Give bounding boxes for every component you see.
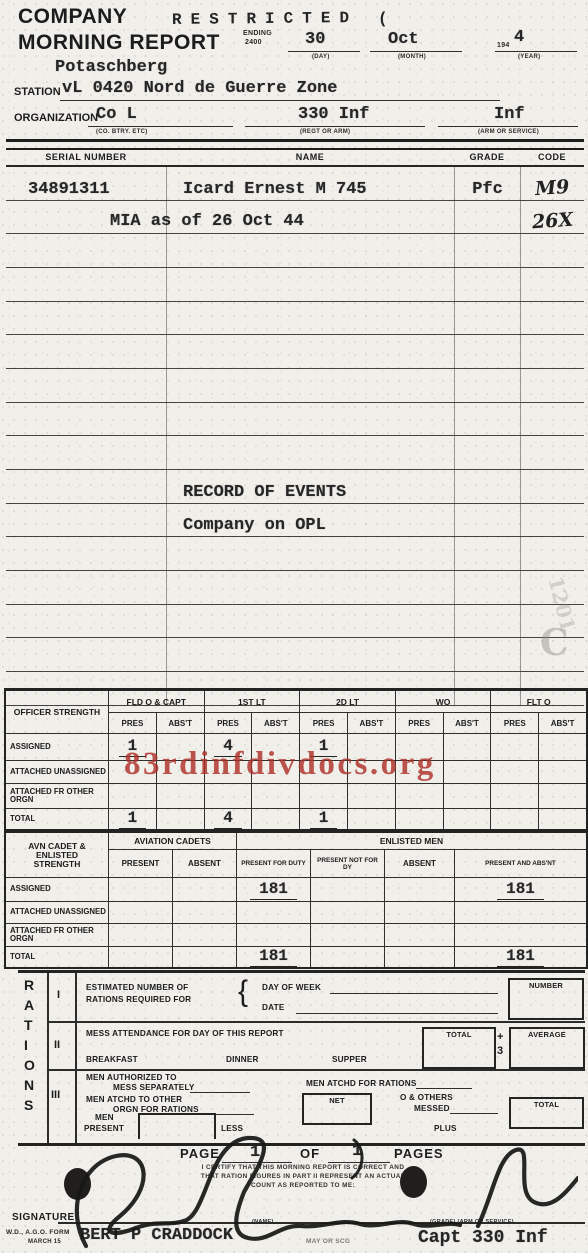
part-3-numeral: III [51,1089,60,1101]
station-label: STATION [14,86,61,98]
org-arm-value: Inf [494,105,525,124]
roster-row [6,302,584,336]
subcol-abst: ABS'T [538,713,586,733]
col-code: CODE [520,152,584,162]
rations-letter: N [24,1077,34,1093]
enlisted-strength-row: TOTAL 181 181 [6,946,586,967]
col-serial-number: SERIAL NUMBER [6,152,166,162]
form-title-line1: COMPANY [18,5,127,29]
men-authorized-label: MEN AUTHORIZED TO [86,1073,177,1082]
org-arm-sublabel: (ARM OR SERVICE) [478,129,539,135]
org-unit-value: Co L [96,105,137,124]
men-atchd-other-label: MEN ATCHD TO OTHER [86,1095,182,1104]
form-reference-line2: MARCH 15 [28,1239,61,1245]
subcol-pres: PRES [108,713,156,733]
group-2d-lt: 2D LT [299,691,395,713]
ending-value: 2400 [245,39,262,46]
roster-row [6,638,584,672]
messed-label: MESSED [414,1104,450,1113]
col-grade: GRADE [454,152,520,162]
commander-signature [58,1126,578,1251]
archive-watermark: 83rdinfdivdocs.org [124,746,436,783]
roster-row [6,436,584,470]
rations-letter: A [24,997,34,1013]
roster-row [6,369,584,403]
roster-row [6,605,584,639]
group-1st-lt: 1ST LT [204,691,300,713]
col-name: NAME [166,152,454,162]
roster-row [6,403,584,437]
subcol-present: PRESENT [108,850,172,877]
group-fldo-capt: FLD O & CAPT [108,691,204,713]
mess-separately-label: MESS SEPARATELY [113,1083,195,1092]
year-sublabel: (YEAR) [518,54,540,60]
subcol-abst: ABS'T [251,713,299,733]
men-atchd-for-rations-label: MEN ATCHD FOR RATIONS [306,1079,416,1088]
group-enlisted-men: ENLISTED MEN [236,833,586,850]
report-year: 4 [514,28,524,47]
restricted-stamp: RESTRICTED [172,9,358,29]
divide-three: 3 [497,1045,503,1057]
o-and-others-label: O & OTHERS [400,1093,453,1102]
rations-section: R A T I O N S I ESTIMATED NUMBER OF RATI… [18,970,585,1146]
part-2-numeral: II [54,1039,60,1051]
roster-row: 26X MIA as of 26 Oct 44 [6,201,584,235]
report-day: 30 [305,30,325,49]
dinner-label: DINNER [226,1055,259,1064]
total-box-row2: TOTAL [422,1027,496,1069]
org-regt-sublabel: (REGT OR ARM) [300,129,350,135]
rations-row1-line2: RATIONS REQUIRED FOR [86,995,191,1004]
subcol-absent: ABSENT [172,850,236,877]
roster-header-row: SERIAL NUMBER NAME GRADE CODE [6,148,584,167]
day-of-week-label: DAY OF WEEK [262,983,321,992]
subcol-present-not-for-duty: PRESENT NOT FOR DY [310,850,384,877]
subcol-pres: PRES [299,713,347,733]
part-1-numeral: I [57,989,60,1001]
ending-label: ENDING [243,30,272,37]
roster-row [6,335,584,369]
roster-row: 34891311 Icard Ernest M 745 Pfc M9 [6,167,584,201]
divide-plus: + [497,1031,504,1043]
mess-attendance-label: MESS ATTENDANCE FOR DAY OF THIS REPORT [86,1029,284,1038]
rations-letter: T [24,1017,33,1033]
men-label: MEN [95,1113,114,1122]
average-box: AVERAGE [509,1027,585,1069]
rations-letter: I [24,1037,28,1053]
subcol-present-and-absent: PRESENT AND ABS'NT [454,850,586,877]
day-sublabel: (DAY) [312,54,330,60]
total-box-row3: TOTAL [509,1097,584,1129]
subcol-abst: ABS'T [443,713,491,733]
month-sublabel: (MONTH) [398,54,426,60]
enlisted-strength-title: AVN CADET & ENLISTED STRENGTH [6,833,108,877]
roster-row: Company on OPL [6,504,584,538]
enlisted-strength-row: ATTACHED UNASSIGNED [6,901,586,923]
rations-letter: R [24,977,34,993]
rations-letter: S [24,1097,33,1113]
subcol-abst: ABS'T [156,713,204,733]
group-flt-o: FLT O [490,691,586,713]
net-box: NET [302,1093,372,1125]
form-title-line2: MORNING REPORT [18,31,220,55]
officer-strength-title: OFFICER STRENGTH [6,691,108,733]
subcol-abst: ABS'T [347,713,395,733]
rations-letter: O [24,1057,35,1073]
breakfast-label: BREAKFAST [86,1055,138,1064]
supper-label: SUPPER [332,1055,367,1064]
subcol-absent: ABSENT [384,850,454,877]
enlisted-strength-table: AVN CADET & ENLISTED STRENGTH AVIATION C… [4,830,588,969]
roster-row [6,234,584,268]
year-prefix: 194 [497,42,510,49]
roster-row: RECORD OF EVENTS [6,470,584,504]
rations-row1-line1: ESTIMATED NUMBER OF [86,983,188,992]
subcol-pres: PRES [490,713,538,733]
roster-row [6,537,584,571]
place-name: Potaschberg [55,58,167,77]
org-unit-sublabel: (CO. BTRY. ETC) [96,129,148,135]
faint-stamp-letter: C [540,622,569,664]
roster-row [6,571,584,605]
restricted-stamp-paren: ( [378,10,388,28]
roster-row [6,268,584,302]
date-label: DATE [262,1003,284,1012]
station-value: vL 0420 Nord de Guerre Zone [62,79,337,98]
morning-report-scan: COMPANY RESTRICTED ( MORNING REPORT ENDI… [0,0,588,1253]
officer-strength-row: TOTAL 1 4 1 [6,808,586,829]
group-wo: WO [395,691,491,713]
subcol-pres: PRES [204,713,252,733]
officer-strength-row: ATTACHED FR OTHER ORGN [6,783,586,808]
enlisted-strength-row: ATTACHED FR OTHER ORGN [6,923,586,946]
roster-table: SERIAL NUMBER NAME GRADE CODE 34891311 I… [6,148,584,706]
number-box: NUMBER [508,978,584,1020]
brace: { [238,975,248,1009]
report-month: Oct [388,30,419,49]
group-aviation-cadets: AVIATION CADETS [108,833,236,850]
org-regt-value: 330 Inf [298,105,369,124]
subcol-present-for-duty: PRESENT FOR DUTY [236,850,310,877]
organization-label: ORGANIZATION [14,112,98,124]
enlisted-strength-row: ASSIGNED 181 181 [6,877,586,901]
subcol-pres: PRES [395,713,443,733]
